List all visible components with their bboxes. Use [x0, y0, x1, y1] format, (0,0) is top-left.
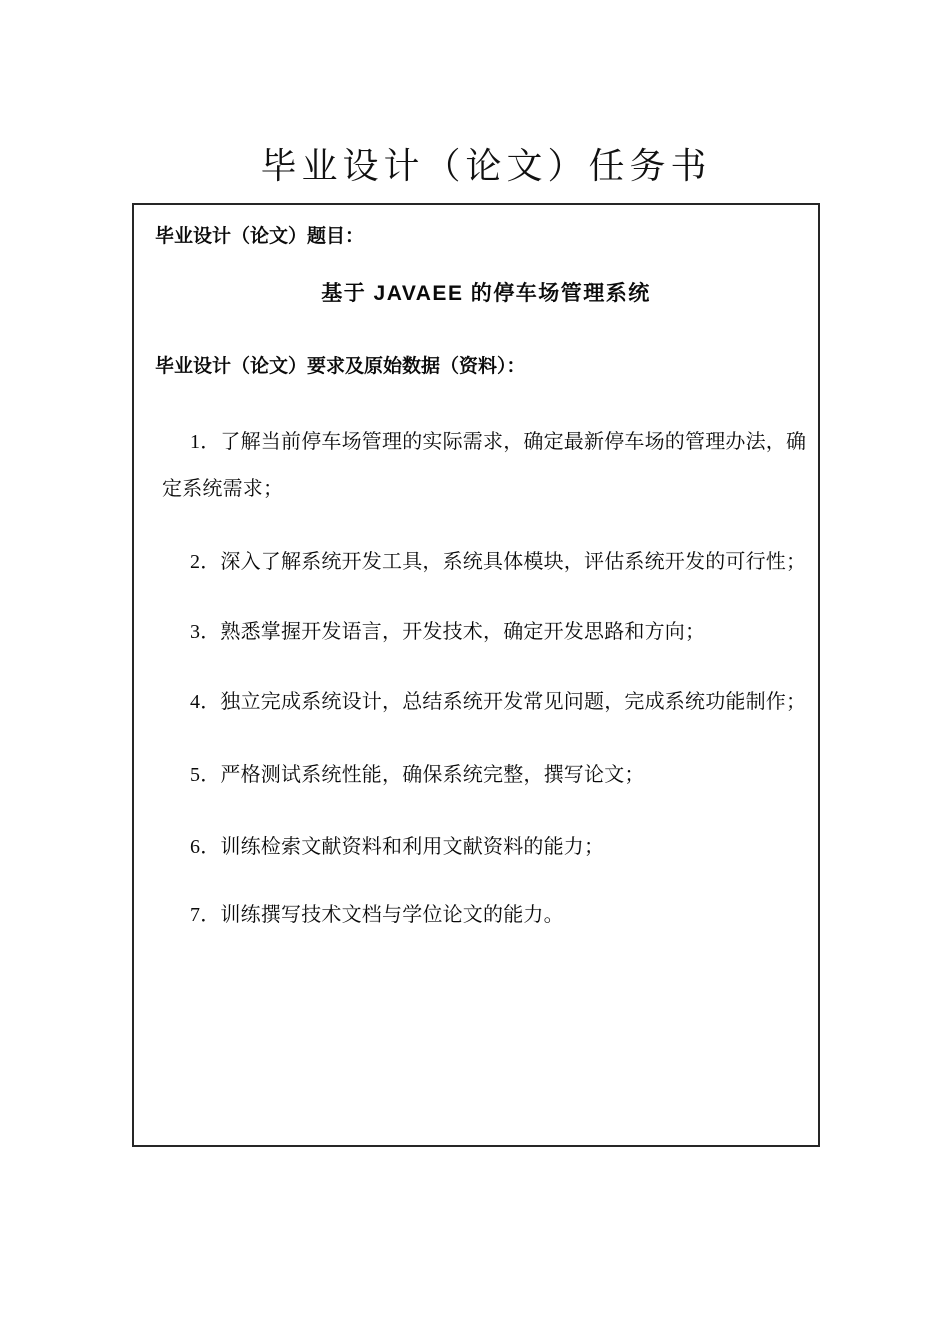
- topic-value: 基于 JAVAEE 的停车场管理系统: [134, 281, 818, 307]
- document-page: 毕业设计（论文）任务书 毕业设计（论文）题目： 基于 JAVAEE 的停车场管理…: [0, 0, 950, 1341]
- topic-label: 毕业设计（论文）题目：: [155, 225, 364, 249]
- requirement-item-1: 1．了解当前停车场管理的实际需求，确定最新停车场的管理办法，确定系统需求；: [162, 419, 818, 513]
- requirement-item-2: 2．深入了解系统开发工具，系统具体模块，评估系统开发的可行性；: [162, 539, 818, 586]
- document-title: 毕业设计（论文）任务书: [0, 144, 950, 188]
- task-box: 毕业设计（论文）题目： 基于 JAVAEE 的停车场管理系统 毕业设计（论文）要…: [132, 203, 820, 1147]
- requirement-item-7: 7．训练撰写技术文档与学位论文的能力。: [162, 892, 818, 939]
- requirement-item-5: 5．严格测试系统性能，确保系统完整，撰写论文；: [162, 752, 818, 799]
- requirement-item-4: 4．独立完成系统设计，总结系统开发常见问题，完成系统功能制作；: [162, 679, 818, 726]
- requirement-item-3: 3．熟悉掌握开发语言，开发技术，确定开发思路和方向；: [162, 609, 818, 656]
- requirement-item-6: 6．训练检索文献资料和利用文献资料的能力；: [162, 824, 818, 871]
- requirements-label: 毕业设计（论文）要求及原始数据（资料）：: [155, 355, 526, 379]
